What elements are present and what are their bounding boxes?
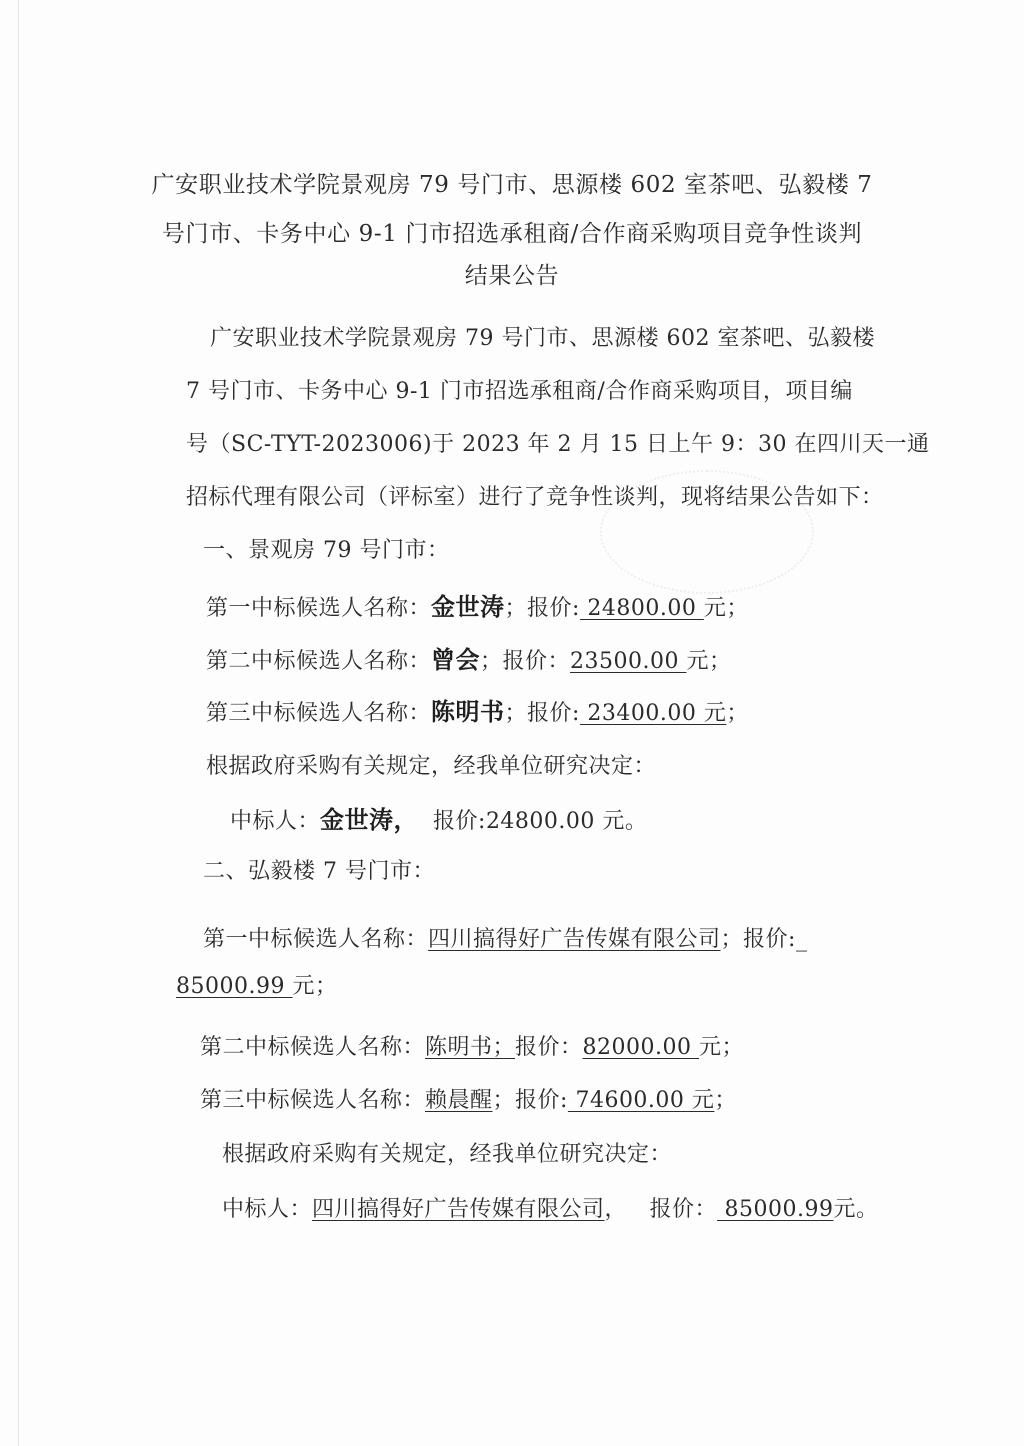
section-2-candidate-1: 第一中标候选人名称：四川搞得好广告传媒有限公司；报价:_ xyxy=(203,925,807,955)
candidate-name: 赖晨醒 xyxy=(425,1088,493,1113)
candidate-name: 曾会 xyxy=(431,645,480,674)
winner-price-label: 报价: xyxy=(433,809,486,834)
intro-line-3: 号（SC-TYT-2023006)于 2023 年 2 月 15 日上午 9：3… xyxy=(186,430,930,460)
candidate-name: 陈明书 xyxy=(431,697,505,726)
candidate-price: 74600.00 元 xyxy=(568,1088,714,1113)
candidate-price: 24800.00 xyxy=(580,596,704,621)
scan-page-edge xyxy=(18,0,19,1446)
section-2-candidate-2: 第二中标候选人名称：陈明书；报价：82000.00 元； xyxy=(200,1033,744,1063)
section-2-winner: 中标人：四川搞得好广告传媒有限公司， 报价： 85000.99元。 xyxy=(222,1195,879,1225)
winner-label: 中标人： xyxy=(230,809,320,834)
winner-comma: ， xyxy=(605,1197,628,1222)
section-1-candidate-1: 第一中标候选人名称：金世涛；报价: 24800.00 元； xyxy=(206,592,749,624)
candidate-label: 第二中标候选人名称： xyxy=(200,1035,425,1060)
candidate-label: 第一中标候选人名称： xyxy=(206,596,431,621)
price-unit: 元； xyxy=(699,1035,744,1060)
document-title-line-2: 号门市、卡务中心 9-1 门市招选承租商/合作商采购项目竞争性谈判 xyxy=(0,219,1024,249)
price-label: 报价： xyxy=(515,1035,583,1060)
candidate-label: 第三中标候选人名称： xyxy=(200,1088,425,1113)
section-2-decision: 根据政府采购有关规定，经我单位研究决定： xyxy=(222,1140,672,1170)
document-title-line-1: 广安职业技术学院景观房 79 号门市、思源楼 602 室茶吧、弘毅楼 7 xyxy=(0,170,1024,200)
price-unit: 元； xyxy=(292,974,337,999)
candidate-name: 四川搞得好广告传媒有限公司 xyxy=(428,927,721,952)
winner-name: 四川搞得好广告传媒有限公司 xyxy=(312,1197,605,1222)
winner-price-unit: 元。 xyxy=(834,1197,879,1222)
price-unit: ； xyxy=(726,701,749,726)
price-label: ；报价: xyxy=(505,596,580,621)
intro-line-2: 7 号门市、卡务中心 9-1 门市招选承租商/合作商采购项目，项目编 xyxy=(186,377,853,407)
section-1-winner: 中标人：金世涛， 报价:24800.00 元。 xyxy=(230,805,647,837)
section-1-heading: 一、景观房 79 号门市： xyxy=(203,536,449,566)
winner-price: 85000.99 xyxy=(717,1197,833,1222)
winner-price-label: 报价： xyxy=(650,1197,718,1222)
section-1-decision: 根据政府采购有关规定，经我单位研究决定： xyxy=(206,752,656,782)
candidate-price: 23500.00 xyxy=(570,649,686,674)
price-unit: 元； xyxy=(687,649,732,674)
candidate-name: 金世涛 xyxy=(431,592,505,621)
candidate-label: 第三中标候选人名称： xyxy=(206,701,431,726)
winner-name: 金世涛， xyxy=(320,805,418,834)
section-1-candidate-3: 第三中标候选人名称：陈明书；报价: 23400.00 元； xyxy=(206,697,749,729)
winner-label: 中标人： xyxy=(222,1197,312,1222)
document-title-line-3: 结果公告 xyxy=(0,261,1024,291)
price-label: ；报价： xyxy=(480,649,570,674)
candidate-price: 85000.99 xyxy=(176,974,292,999)
price-label: ；报价: xyxy=(493,1088,568,1113)
candidate-price: 23400.00 元 xyxy=(580,701,726,726)
section-2-candidate-3: 第三中标候选人名称：赖晨醒；报价: 74600.00 元； xyxy=(200,1086,737,1116)
price-label: ；报价: xyxy=(721,927,796,952)
section-2-heading: 二、弘毅楼 7 号门市： xyxy=(203,857,435,887)
price-unit: ； xyxy=(714,1088,737,1113)
section-2-candidate-1-price-line: 85000.99 元； xyxy=(176,972,337,1002)
candidate-name: 陈明书； xyxy=(425,1035,515,1060)
intro-line-4: 招标代理有限公司（评标室）进行了竞争性谈判，现将结果公告如下： xyxy=(186,483,884,513)
winner-price: 24800.00 元。 xyxy=(486,809,647,834)
intro-line-1: 广安职业技术学院景观房 79 号门市、思源楼 602 室茶吧、弘毅楼 xyxy=(210,324,875,354)
candidate-label: 第一中标候选人名称： xyxy=(203,927,428,952)
price-unit: 元； xyxy=(704,596,749,621)
price-label: ；报价: xyxy=(505,701,580,726)
candidate-label: 第二中标候选人名称： xyxy=(206,649,431,674)
price-blank: _ xyxy=(796,927,808,952)
section-1-candidate-2: 第二中标候选人名称：曾会；报价：23500.00 元； xyxy=(206,645,732,677)
candidate-price: 82000.00 xyxy=(583,1035,699,1060)
